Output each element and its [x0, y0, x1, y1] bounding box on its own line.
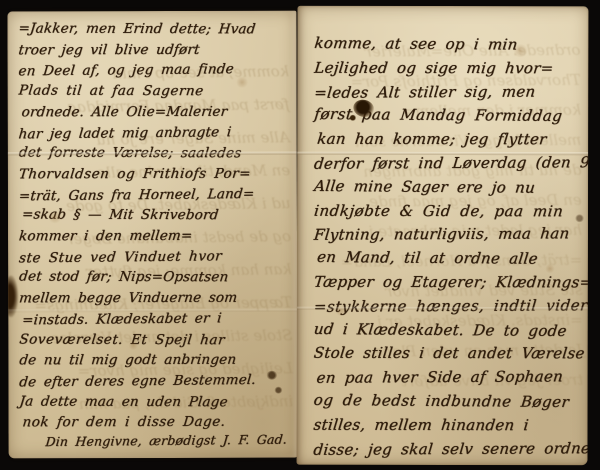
handwriting-line: en paa hver Side af Sophaen [315, 365, 583, 390]
foxing-stain [236, 77, 249, 88]
handwriting-right: komme, at see op i min Lejlighed og sige… [314, 33, 583, 460]
photograph-of-letter: komme, at see op i min først paa Mandag … [0, 0, 600, 470]
ink-blot [575, 214, 584, 222]
handwriting-line: har jeg ladet mig anbragte i [18, 121, 294, 145]
handwriting-line: kan han komme; jeg flytter [316, 128, 584, 152]
handwriting-line: Alle mine Sager ere jo nu [313, 175, 584, 201]
handwriting-line: Flytning, naturligviis, maa han [313, 223, 584, 248]
handwriting-line: det stod før; Nips=Opsatsen [18, 267, 294, 289]
letter-page-right: ordnede. Alle Olie=Malerier Thorvaldsen … [297, 6, 589, 466]
handwriting-line: Thorvaldsen og Frithiofs Por= [18, 164, 294, 185]
letter-page-left: komme, at see op i min først paa Mandag … [7, 11, 297, 459]
handwriting-line: de nu til mig godt anbringen [18, 350, 294, 371]
handwriting-line: Plads til at faa Sagerne [18, 81, 294, 103]
handwriting-line: komme, at see op i min [313, 32, 584, 58]
ink-blot [349, 115, 356, 121]
handwriting-line: og de bedst indbundne Bøger [312, 389, 583, 415]
handwriting-line: Lejlighed og sige mig hvor= [313, 57, 584, 81]
handwriting-line: mellem begge Vinduerne som [18, 288, 294, 309]
handwriting-line: Ja dette maa en uden Plage [18, 391, 294, 413]
handwriting-line: en Deel af, og jeg maa finde [17, 59, 293, 83]
foxing-stain [48, 211, 62, 223]
foxing-stain [545, 264, 555, 273]
handwriting-line: Soveværelset. Et Spejl har [18, 329, 294, 351]
handwriting-line: disse; jeg skal selv senere ordne. [312, 437, 583, 462]
handwriting-line: ordnede. Alle Olie=Malerier [21, 101, 294, 122]
ink-blot [266, 371, 277, 380]
handwriting-line: =ledes Alt stiller sig, men [313, 80, 584, 105]
handwriting-line: =Jakker, men Erind dette; Hvad [17, 19, 293, 41]
ink-blot [274, 387, 282, 394]
handwriting-line: Tæpper og Etagerer; Klædnings= [313, 271, 584, 295]
foxing-stain [512, 44, 528, 57]
handwriting-line: de efter deres egne Bestemmel. [18, 370, 294, 394]
fold-crease [297, 152, 588, 156]
handwriting-line: stilles, mellem hinanden i [312, 413, 583, 437]
handwriting-line: ud i Klædeskabet. De to gode [313, 317, 584, 343]
fold-crease [297, 307, 588, 311]
handwriting-line: indkjøbte & Gid de, paa min [313, 199, 584, 223]
handwriting-line: en Mand, til at ordne alle [316, 246, 584, 272]
handwriting-left: =Jakker, men Erind dette; Hvad troer jeg… [18, 19, 293, 455]
handwriting-line: kommer i den mellem= [18, 226, 294, 247]
signature-line: Din Hengivne, ærbødigst J. F. Gad. [18, 430, 294, 454]
handwriting-line: Stole stilles i det andet Værelse [312, 342, 583, 366]
handwriting-line: troer jeg vil blive udført [17, 39, 293, 60]
handwriting-line: =trät, Gans fra Horneel, Land= [18, 183, 294, 207]
handwriting-line: ste Stue ved Vinduet hvor [18, 245, 294, 269]
foxing-stain [128, 341, 138, 350]
